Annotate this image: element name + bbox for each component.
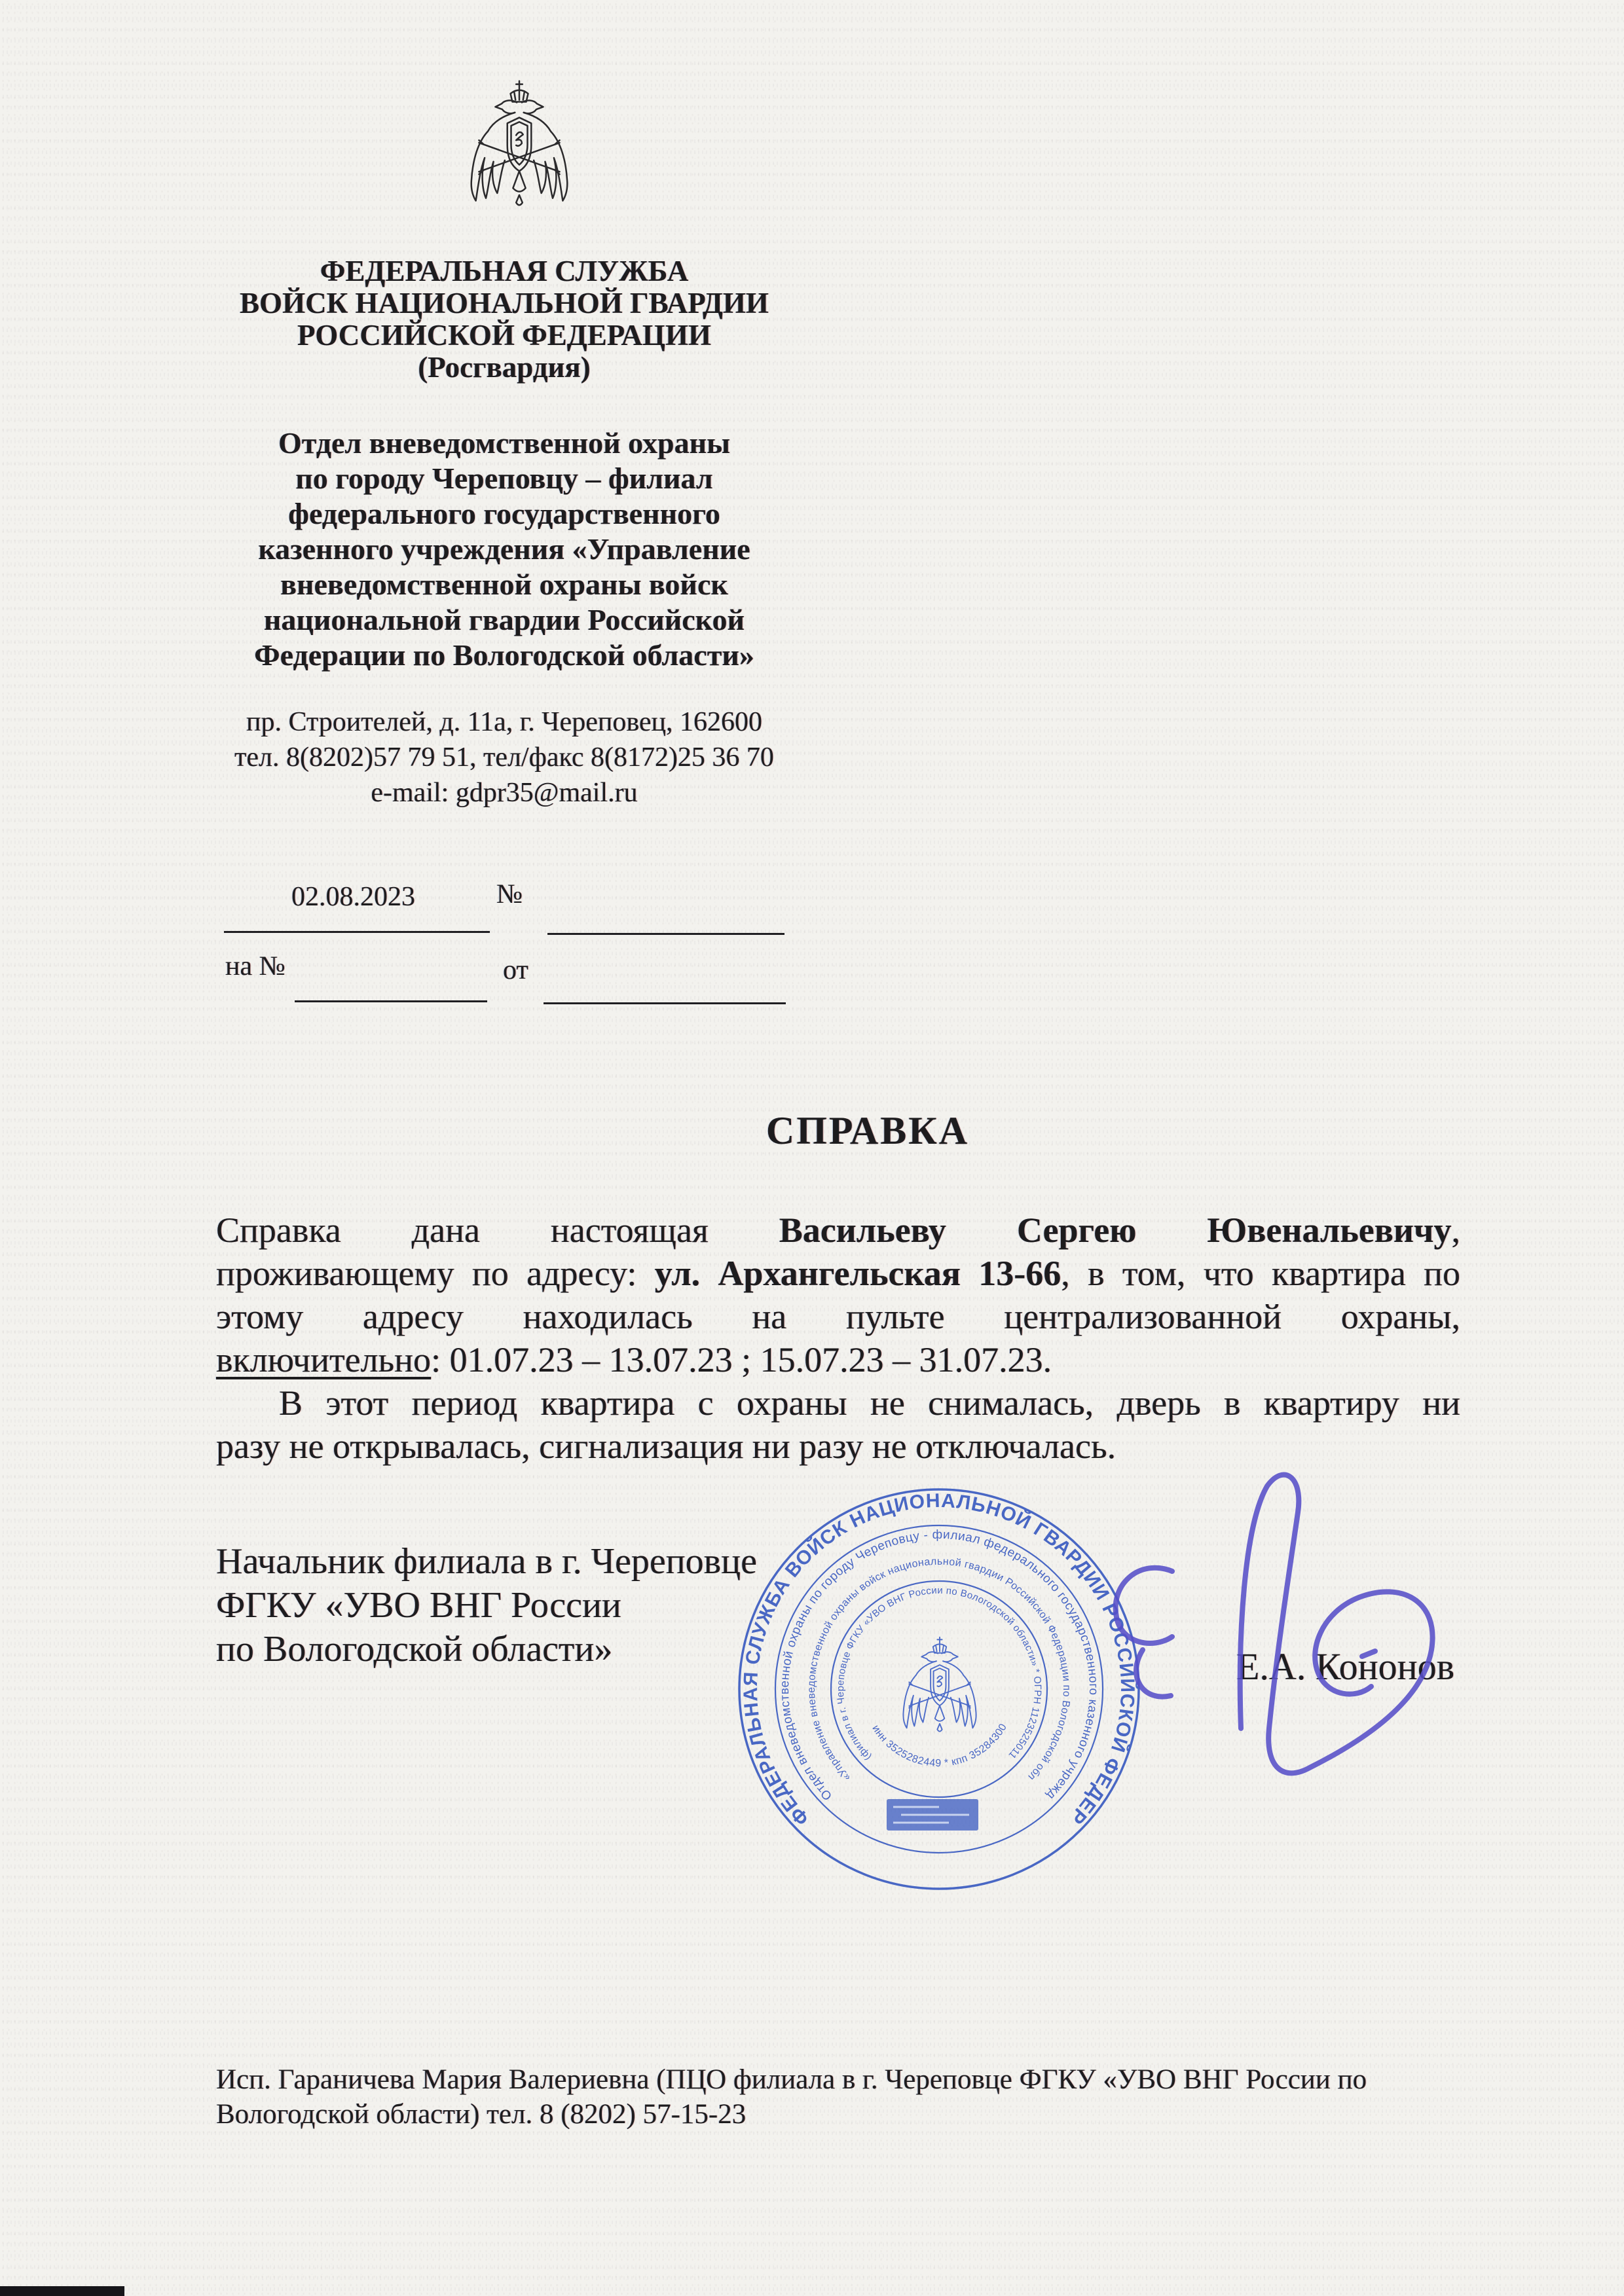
signature-stroke <box>1116 1568 1172 1697</box>
body-text-part: Справка дана настоящая <box>216 1211 779 1250</box>
guard-periods: : 01.07.23 – 13.07.23 ; 15.07.23 – 31.07… <box>431 1340 1052 1379</box>
department-name: Отдел вневедомственной охраны по городу … <box>216 426 792 673</box>
date-underline <box>224 931 490 933</box>
email-line: e-mail: gdpr35@mail.ru <box>216 775 792 811</box>
body-text-part: этому адресу находилась на пульте центра… <box>216 1297 1460 1336</box>
document-date: 02.08.2023 <box>291 881 415 913</box>
dept-line: Отдел вневедомственной охраны <box>216 426 792 461</box>
org-line: (Росгвардия) <box>216 352 792 384</box>
body-line: проживающему по адресу: ул. Архангельска… <box>216 1252 1460 1295</box>
stamp-eagle-icon <box>903 1637 976 1732</box>
dept-line: вневедомственной охраны войск <box>216 567 792 602</box>
na-no-underline <box>295 1000 487 1002</box>
body-text-part: , в том, что квартира по <box>1061 1254 1460 1293</box>
executor-line: Вологодской области) тел. 8 (8202) 57-15… <box>216 2097 1395 2132</box>
dept-line: Федерации по Вологодской области» <box>216 638 792 673</box>
body-text-part: разу не открывалась, сигнализация ни раз… <box>216 1427 1116 1466</box>
handwritten-signature <box>1022 1460 1480 1866</box>
underlined-word: включительно <box>216 1340 431 1379</box>
executor-note: Исп. Гараничева Мария Валериевна (ПЦО фи… <box>216 2062 1395 2132</box>
number-underline <box>547 933 784 935</box>
org-line: РОССИЙСКОЙ ФЕДЕРАЦИИ <box>216 319 792 352</box>
recipient-name: Васильеву Сергею Ювенальевичу <box>779 1211 1452 1250</box>
org-line: ФЕДЕРАЛЬНАЯ СЛУЖБА <box>216 255 792 287</box>
ot-label: от <box>503 955 528 986</box>
number-label: № <box>496 879 523 910</box>
org-line: ВОЙСК НАЦИОНАЛЬНОЙ ГВАРДИИ <box>216 287 792 319</box>
scanned-certificate-page: ФЕДЕРАЛЬНАЯ СЛУЖБА ВОЙСК НАЦИОНАЛЬНОЙ ГВ… <box>0 0 1624 2296</box>
body-text: Справка дана настоящая Васильеву Сергею … <box>216 1209 1460 1468</box>
dept-line: федерального государственного <box>216 496 792 532</box>
body-line: этому адресу находилась на пульте центра… <box>216 1295 1460 1338</box>
phone-line: тел. 8(8202)57 79 51, тел/факс 8(8172)25… <box>216 740 792 775</box>
address-line: пр. Строителей, д. 11а, г. Череповец, 16… <box>216 704 792 740</box>
signature-stroke <box>1240 1475 1433 1774</box>
rosgvardia-emblem-icon <box>451 77 588 210</box>
dept-line: национальной гвардии Российской <box>216 602 792 638</box>
reference-fields: 02.08.2023 № на № от <box>216 877 832 1021</box>
document-title: СПРАВКА <box>216 1108 1460 1154</box>
recipient-address: ул. Архангельская 13-66 <box>655 1254 1061 1293</box>
body-line: В этот период квартира с охраны не снима… <box>216 1381 1460 1425</box>
na-no-label: на № <box>225 951 286 982</box>
stamp-ring4-text: (филиал в г. Череповце ФГКУ «УВО ВНГ Рос… <box>729 1480 1043 1762</box>
ot-underline <box>544 1002 786 1004</box>
org-name: ФЕДЕРАЛЬНАЯ СЛУЖБА ВОЙСК НАЦИОНАЛЬНОЙ ГВ… <box>216 255 792 384</box>
dept-line: казенного учреждения «Управление <box>216 532 792 567</box>
body-text-part: проживающему по адресу: <box>216 1254 655 1293</box>
body-text-part: , <box>1451 1211 1460 1250</box>
body-line: включительно: 01.07.23 – 13.07.23 ; 15.0… <box>216 1338 1460 1381</box>
executor-line: Исп. Гараничева Мария Валериевна (ПЦО фи… <box>216 2062 1395 2097</box>
body-text-part: В этот период квартира с охраны не снима… <box>279 1383 1460 1423</box>
dept-line: по городу Череповцу – филиал <box>216 461 792 496</box>
body-line: Справка дана настоящая Васильеву Сергею … <box>216 1209 1460 1252</box>
signature-stroke <box>1362 1651 1375 1656</box>
scan-edge-artifact <box>0 2286 124 2296</box>
contact-block: пр. Строителей, д. 11а, г. Череповец, 16… <box>216 704 792 811</box>
svg-text:(филиал в г. Череповце ФГКУ «У: (филиал в г. Череповце ФГКУ «УВО ВНГ Рос… <box>729 1480 1043 1762</box>
stamp-certification-block <box>887 1799 978 1831</box>
